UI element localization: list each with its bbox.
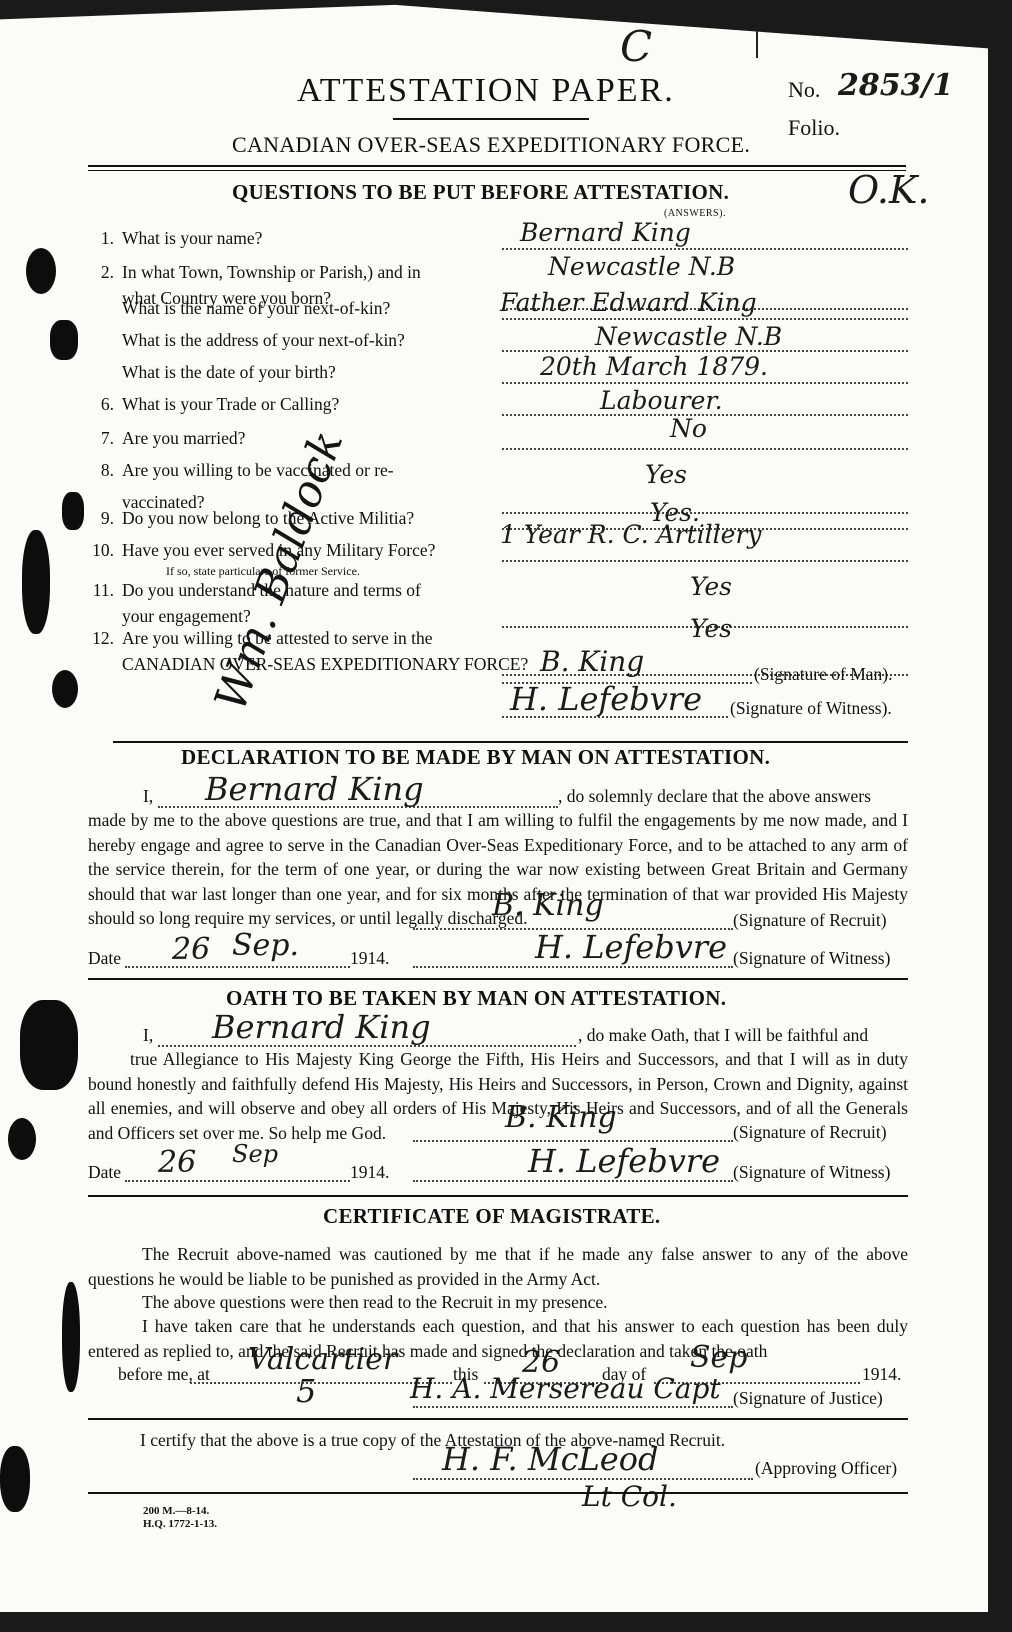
oath-witness-label: (Signature of Witness) [733,1162,890,1183]
question-text: 1.What is your name? [88,228,262,249]
folio-label: Folio. [788,115,840,141]
section-rule [88,1492,908,1494]
declaration-recruit-label: (Signature of Recruit) [733,910,887,931]
answer-value: Newcastle N.B [548,252,735,281]
approving-officer-signature: H. F. McLeod [442,1440,658,1478]
document-title: ATTESTATION PAPER. [297,72,675,110]
magistrate-para2: The above questions were then read to th… [88,1290,908,1315]
answer-value: Newcastle N.B [595,322,782,351]
answer-line [502,382,908,384]
oath-name: Bernard King [212,1008,431,1046]
question-text: What is the date of your birth? [88,362,336,383]
answer-line [502,512,908,514]
attestation-paper: C 0 ATTESTATION PAPER. No. 2853/1 Folio.… [0,0,988,1612]
section-rule [88,978,908,980]
signature-witness: H. Lefebvre [510,680,702,718]
document-subtitle: CANADIAN OVER-SEAS EXPEDITIONARY FORCE. [232,132,750,158]
question-number: 6. [88,394,114,415]
declaration-prefix: I, [143,786,153,807]
justice-signature: H. A. Mersereau Capt [410,1372,721,1405]
ok-mark: O.K. [848,168,929,212]
answer-value: Yes [690,614,732,643]
regimental-number: 2853/1 [838,68,953,103]
question-line: Are you married? [122,428,245,448]
question-line: What is your name? [122,228,262,248]
signature-witness-label: (Signature of Witness). [730,698,892,719]
oath-prefix: I, [143,1025,153,1046]
declaration-date-label: Date [88,948,121,969]
binder-hole [22,530,50,634]
declaration-title: DECLARATION TO BE MADE BY MAN ON ATTESTA… [181,745,770,770]
question-line: What is the address of your next-of-kin? [122,330,405,350]
approving-officer-title: Lt Col. [582,1480,677,1513]
question-number: 8. [88,460,114,481]
justice-signature-line [413,1406,733,1408]
number-label: No. [788,77,820,103]
declaration-suffix: , do solemnly declare that the above ans… [558,786,871,807]
magistrate-place: Valcartier [248,1342,397,1377]
oath-signature-recruit: B. King [505,1100,617,1135]
question-text: 7.Are you married? [88,428,245,449]
magistrate-para3: I have taken care that he understands ea… [88,1314,908,1363]
question-text: 6.What is your Trade or Calling? [88,394,339,415]
signature-man: B. King [540,645,644,678]
magistrate-title: CERTIFICATE OF MAGISTRATE. [323,1204,660,1229]
magistrate-month: Sep [690,1340,748,1375]
answer-value: No [670,414,707,443]
oath-date-line [125,1180,350,1182]
binder-hole [8,1118,36,1160]
binder-hole [62,492,84,530]
signature-man-label: (Signature of Man). [754,664,893,685]
declaration-witness-line [413,966,733,968]
magistrate-para1: The Recruit above-named was cautioned by… [88,1242,908,1291]
oath-date-label: Date [88,1162,121,1183]
declaration-signature-witness: H. Lefebvre [535,928,727,966]
question-text: 2.In what Town, Township or Parish,) and… [88,262,421,283]
header-rule-bottom [88,170,906,171]
declaration-date-month: Sep. [232,928,299,963]
question-line: What is the date of your birth? [122,362,336,382]
magistrate-year: 1914. [862,1364,901,1385]
answer-value: 20th March 1879. [540,352,768,381]
corner-mark-c: C [620,22,652,71]
justice-signature-label: (Signature of Justice) [733,1388,883,1409]
form-code-line1: 200 M.—8-14. [143,1505,217,1518]
binder-hole [26,248,56,294]
answer-value: Yes [645,460,687,489]
approving-officer-label: (Approving Officer) [755,1458,897,1479]
question-text: CANADIAN OVER-SEAS EXPEDITIONARY FORCE? [122,654,528,675]
declaration-signature-recruit: B. King [492,888,604,923]
oath-date-month: Sep [232,1140,278,1168]
question-number: 9. [88,508,114,529]
oath-suffix: , do make Oath, that I will be faithful … [578,1025,868,1046]
oath-date-day: 26 [158,1145,196,1180]
binder-hole [62,1282,80,1392]
question-text: What is the name of your next-of-kin? [88,298,390,319]
oath-witness-line [413,1180,733,1182]
question-line: What is the name of your next-of-kin? [122,298,390,318]
question-line: Are you willing to be vaccinated or re- [122,460,394,480]
binder-hole [20,1000,78,1090]
question-line: your engagement? [122,606,251,626]
form-code-line2: H.Q. 1772-1-13. [143,1518,217,1531]
answer-line [502,318,908,320]
form-code: 200 M.—8-14. H.Q. 1772-1-13. [143,1505,217,1531]
question-number: 2. [88,262,114,283]
answer-value: Bernard King [520,218,691,247]
title-rule [393,118,589,120]
declaration-witness-label: (Signature of Witness) [733,948,890,969]
binder-hole [50,320,78,360]
answer-value: Yes [690,572,732,601]
question-number: 10. [88,540,114,561]
question-line: CANADIAN OVER-SEAS EXPEDITIONARY FORCE? [122,654,528,674]
question-number: 11. [88,580,114,601]
answer-line [502,560,908,562]
answer-value: Labourer. [600,386,723,415]
question-number: 7. [88,428,114,449]
question-text: 9.Do you now belong to the Active Militi… [88,508,414,529]
question-text: 8.Are you willing to be vaccinated or re… [88,460,394,481]
answer-value: 1 Year R. C. Artillery [500,520,762,549]
binder-hole [52,670,78,708]
section-rule [113,741,908,743]
declaration-name: Bernard King [205,770,424,808]
questions-title: QUESTIONS TO BE PUT BEFORE ATTESTATION. [232,180,729,205]
question-number: 1. [88,228,114,249]
oath-signature-witness: H. Lefebvre [528,1142,720,1180]
binder-hole [0,1446,30,1512]
question-line: In what Town, Township or Parish,) and i… [122,262,421,282]
answer-value: Father Edward King [500,288,757,317]
question-text: What is the address of your next-of-kin? [88,330,405,351]
section-rule [88,1418,908,1420]
magistrate-mark: 5 [296,1372,316,1410]
answer-line [502,448,908,450]
section-rule [88,1195,908,1197]
oath-date-year: 1914. [350,1162,389,1183]
declaration-date-line [125,966,350,968]
declaration-date-day: 26 [172,932,210,967]
answer-line [502,248,908,250]
question-line: What is your Trade or Calling? [122,394,339,414]
question-number: 12. [88,628,114,649]
header-rule-top [88,165,906,167]
declaration-date-year: 1914. [350,948,389,969]
oath-recruit-label: (Signature of Recruit) [733,1122,887,1143]
